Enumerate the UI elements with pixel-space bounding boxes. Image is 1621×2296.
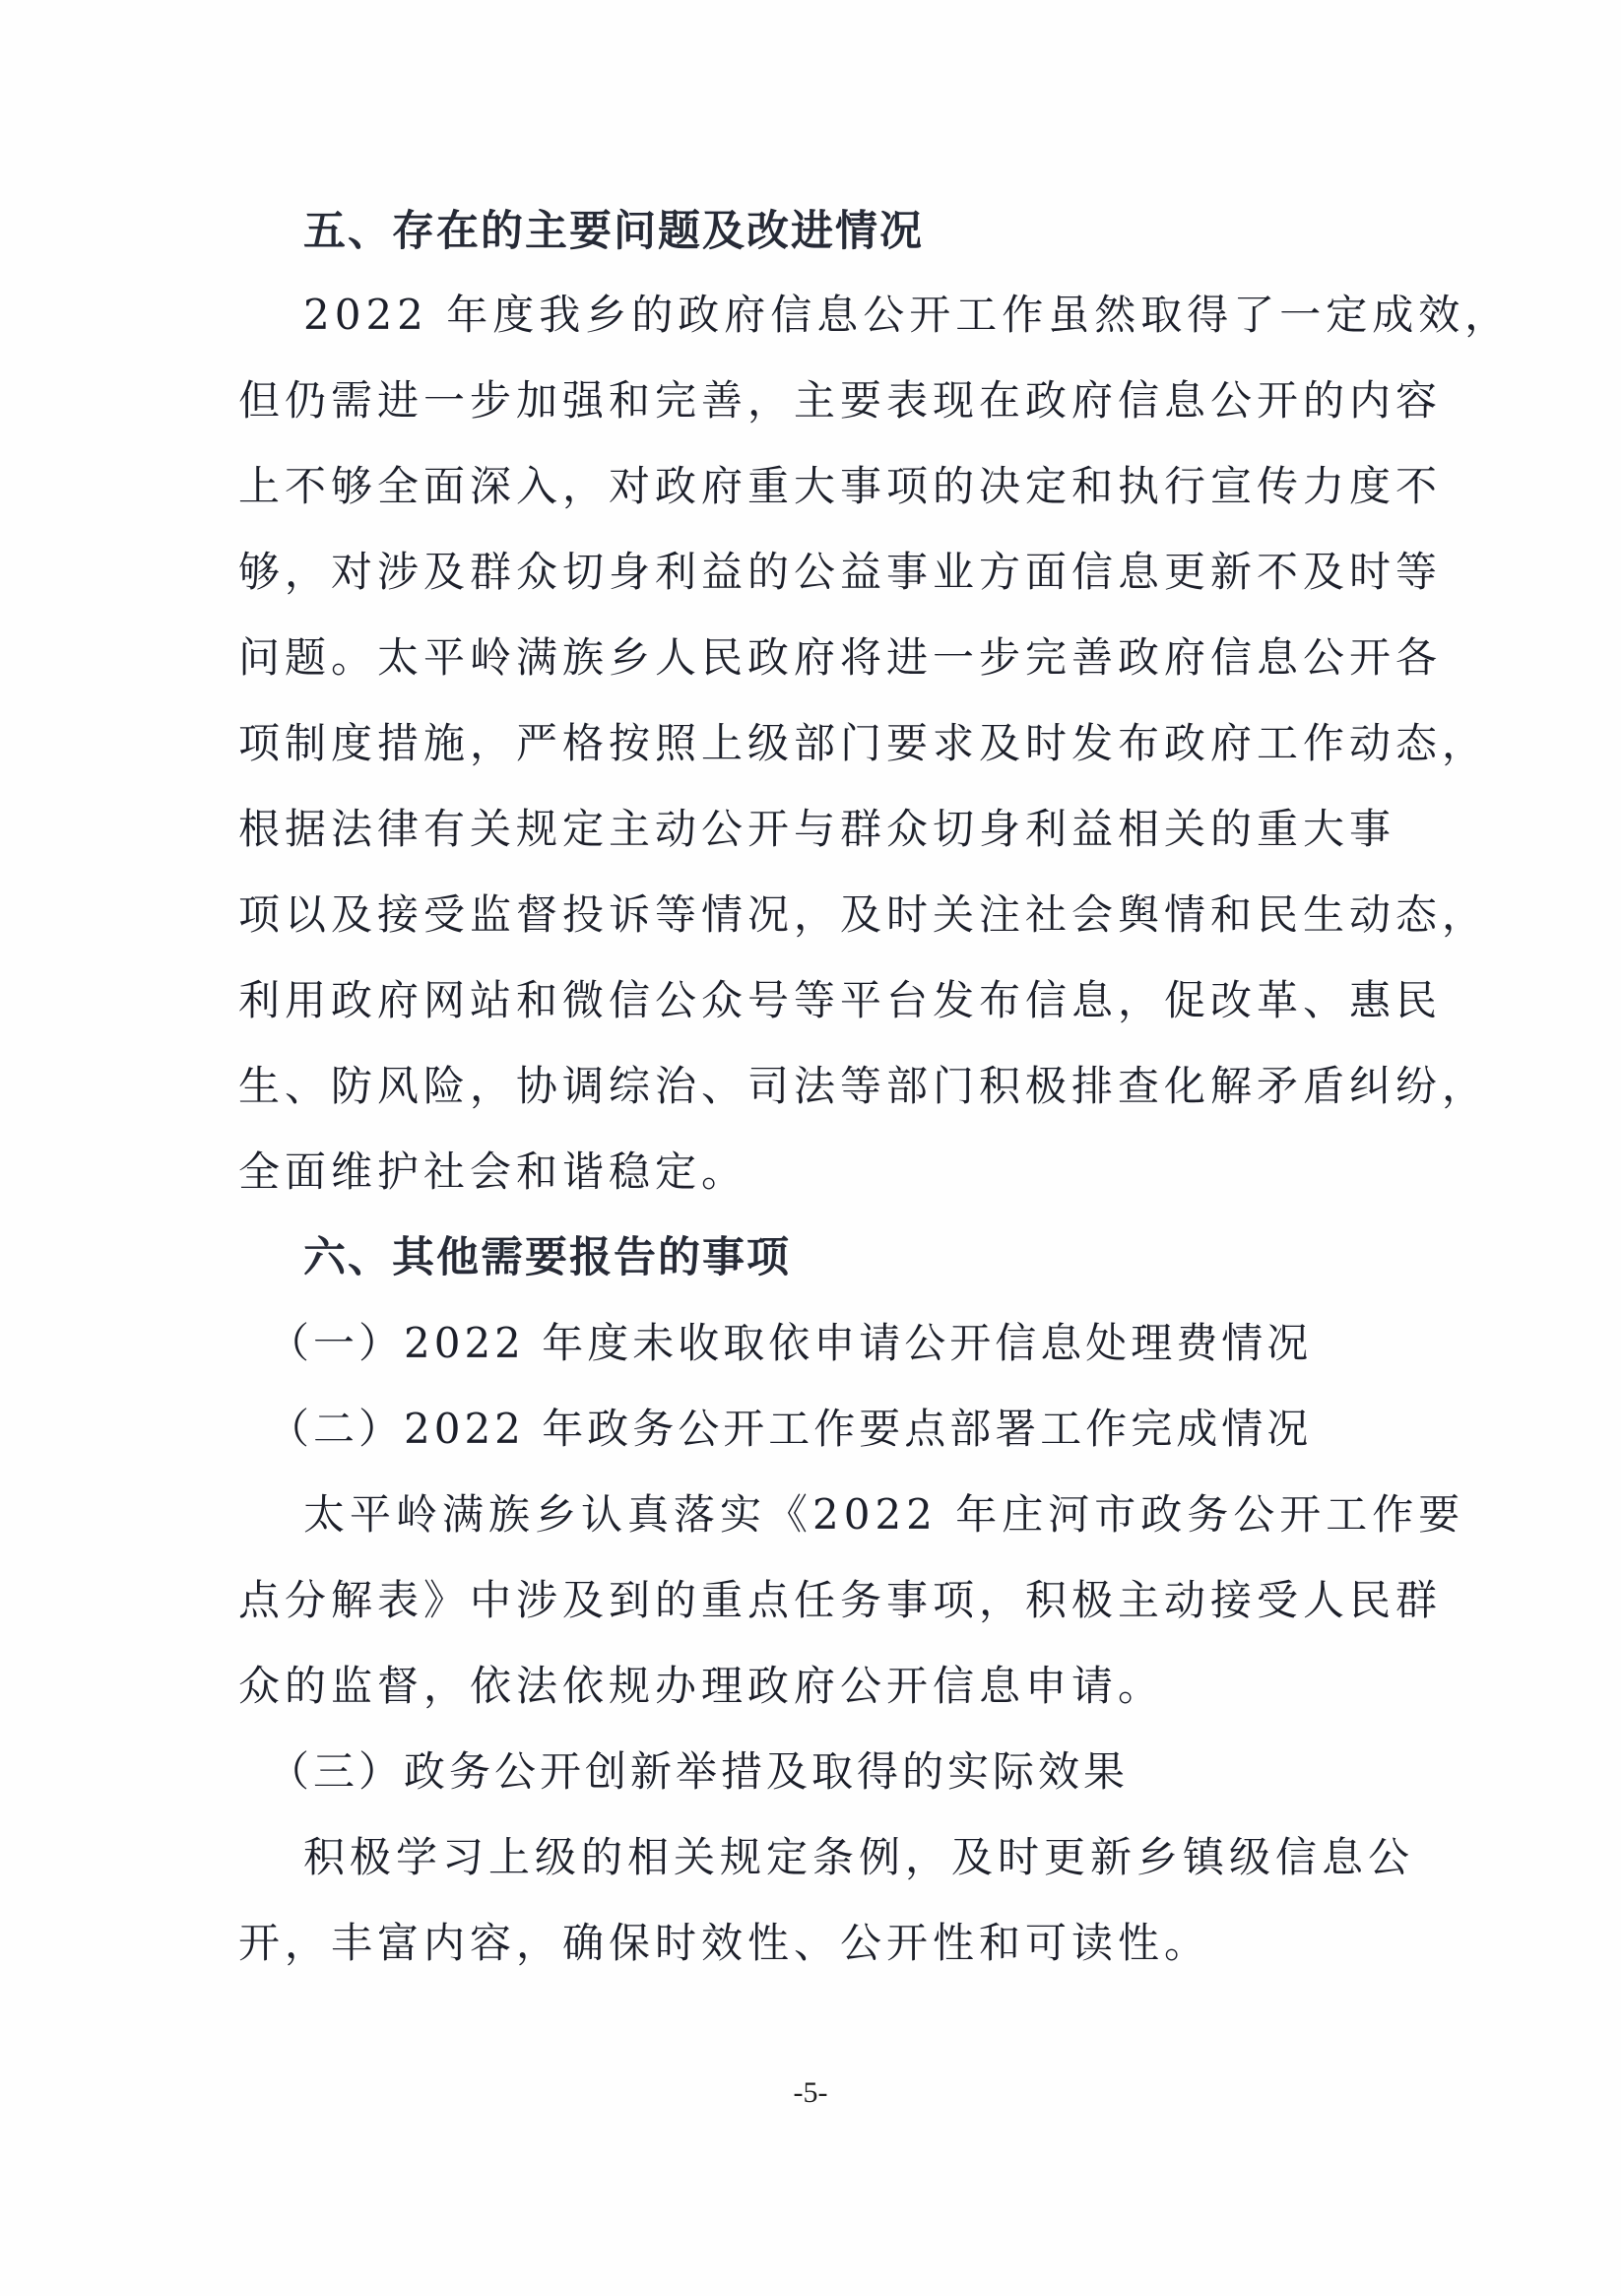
paragraph-line: 开，丰富内容，确保时效性、公开性和可读性。 [238, 1914, 1210, 1973]
document-page: 五、存在的主要问题及改进情况 2022 年度我乡的政府信息公开工作虽然取得了一定… [0, 0, 1621, 2296]
paragraph-line: 项制度措施，严格按照上级部门要求及时发布政府工作动态， [238, 714, 1488, 773]
paragraph-line: 项以及接受监督投诉等情况，及时关注社会舆情和民生动态， [238, 886, 1488, 945]
paragraph-line: 太平岭满族乡认真落实《2022 年庄河市政务公开工作要 [303, 1485, 1464, 1544]
subsection-2-heading: （二）2022 年政务公开工作要点部署工作完成情况 [268, 1400, 1312, 1459]
section-5-heading: 五、存在的主要问题及改进情况 [303, 202, 924, 261]
subsection-1-heading: （一）2022 年度未收取依申请公开信息处理费情况 [268, 1314, 1312, 1373]
paragraph-line: 生、防风险，协调综治、司法等部门积极排查化解矛盾纠纷， [238, 1057, 1488, 1116]
paragraph-line: 问题。太平岭满族乡人民政府将进一步完善政府信息公开各 [238, 628, 1442, 688]
paragraph-line: 根据法律有关规定主动公开与群众切身利益相关的重大事 [238, 800, 1395, 859]
page-number: -5- [0, 2076, 1621, 2110]
paragraph-line: 但仍需进一步加强和完善，主要表现在政府信息公开的内容 [238, 371, 1442, 430]
paragraph-line: 全面维护社会和谐稳定。 [238, 1143, 747, 1202]
paragraph-line: 积极学习上级的相关规定条例，及时更新乡镇级信息公 [303, 1828, 1414, 1887]
subsection-3-heading: （三）政务公开创新举措及取得的实际效果 [268, 1742, 1129, 1802]
paragraph-line: 2022 年度我乡的政府信息公开工作虽然取得了一定成效， [303, 286, 1511, 345]
paragraph-line: 利用政府网站和微信公众号等平台发布信息，促改革、惠民 [238, 971, 1442, 1030]
section-6-heading: 六、其他需要报告的事项 [303, 1228, 791, 1287]
paragraph-line: 点分解表》中涉及到的重点任务事项，积极主动接受人民群 [238, 1571, 1442, 1630]
paragraph-line: 众的监督，依法依规办理政府公开信息申请。 [238, 1657, 1164, 1716]
paragraph-line: 上不够全面深入，对政府重大事项的决定和执行宣传力度不 [238, 457, 1442, 516]
paragraph-line: 够，对涉及群众切身利益的公益事业方面信息更新不及时等 [238, 543, 1442, 602]
